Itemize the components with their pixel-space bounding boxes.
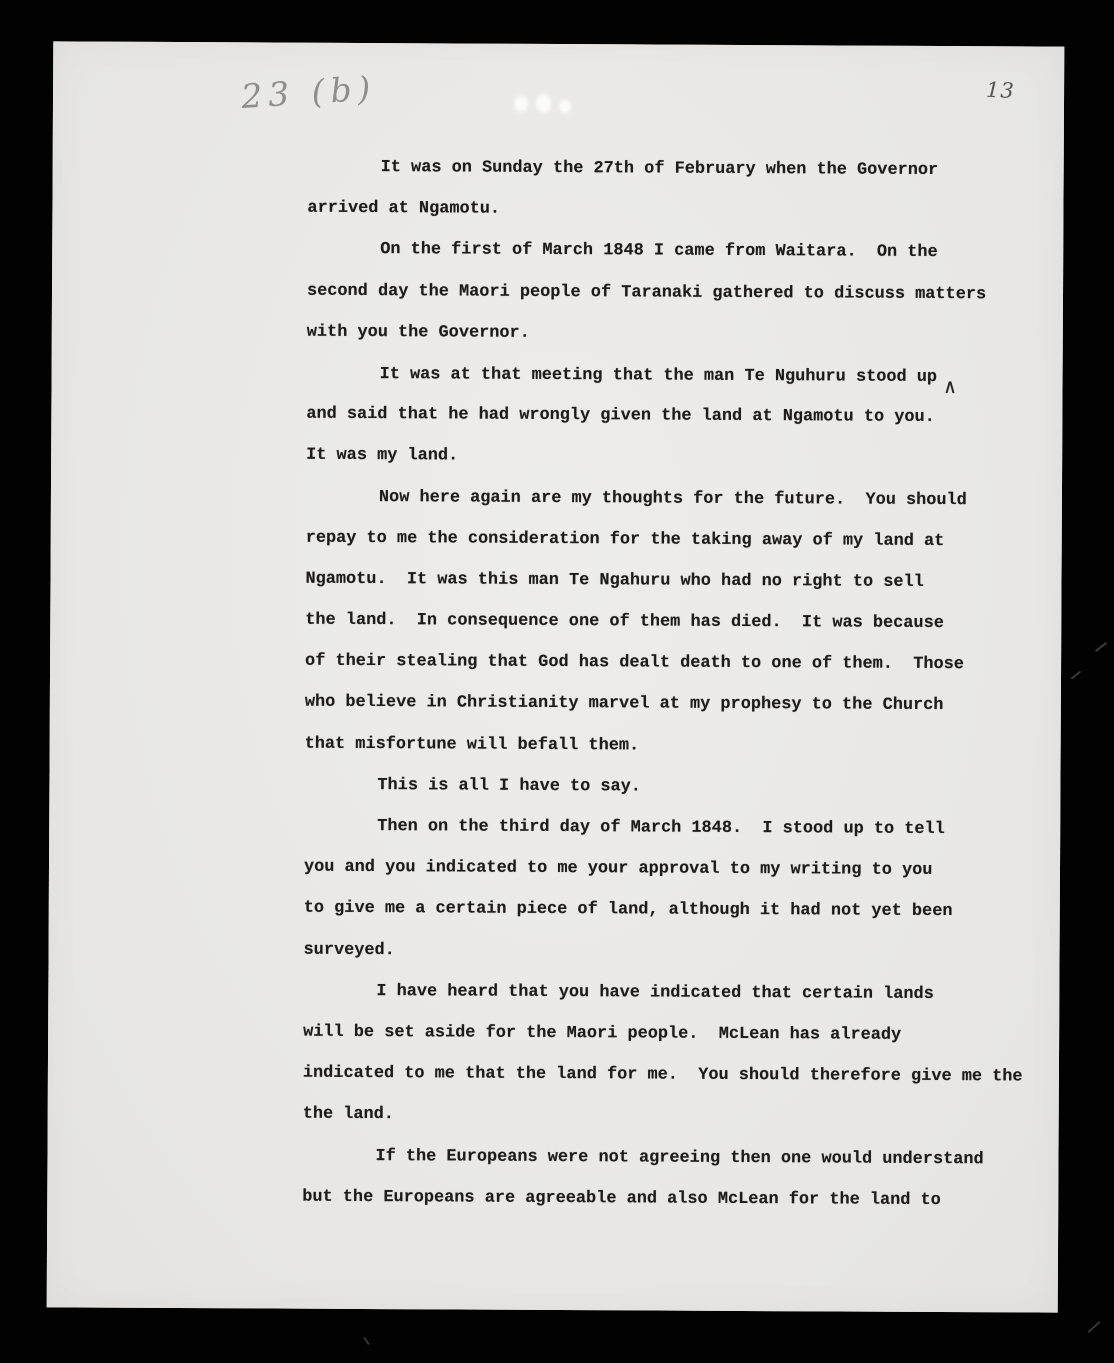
typed-line: Now here again are my thoughts for the f…	[306, 476, 1046, 521]
scan-glare-spot	[536, 94, 551, 113]
typed-line: arrived at Ngamotu.	[307, 188, 1047, 233]
typed-text-block: It was on Sunday the 27th of February wh…	[302, 147, 1048, 1222]
document-page: 23 (b) 13 It was on Sunday the 27th of F…	[47, 41, 1065, 1312]
scan-artifact	[1087, 1321, 1100, 1333]
typed-line: Then on the third day of March 1848. I s…	[304, 806, 1044, 851]
scan-background: 23 (b) 13 It was on Sunday the 27th of F…	[0, 0, 1114, 1363]
typed-line: will be set aside for the Maori people. …	[303, 1012, 1043, 1057]
typed-line: with you the Governor.	[307, 311, 1047, 356]
typed-line: I have heard that you have indicated tha…	[303, 970, 1043, 1015]
typed-line: and said that he had wrongly given the l…	[306, 394, 1046, 439]
scan-glare-spot	[514, 96, 528, 112]
typed-line: It was at that meeting that the man Te N…	[306, 353, 1046, 398]
insertion-caret-mark: ∧	[944, 368, 956, 409]
typed-line: repay to me the consideration for the ta…	[306, 517, 1046, 562]
typed-line: This is all I have to say.	[304, 764, 1044, 809]
typed-line: It was my land.	[306, 435, 1046, 480]
scan-artifact	[1071, 671, 1082, 680]
typed-line: the land.	[303, 1094, 1043, 1139]
typed-line: On the first of March 1848 I came from W…	[307, 229, 1047, 274]
typed-line: It was on Sunday the 27th of February wh…	[308, 147, 1048, 192]
handwritten-page-number: 13	[986, 78, 1016, 103]
typed-line: Ngamotu. It was this man Te Ngahuru who …	[305, 559, 1045, 604]
scan-artifact	[363, 1337, 370, 1346]
typed-line: indicated to me that the land for me. Yo…	[303, 1053, 1043, 1098]
typed-line: the land. In consequence one of them has…	[305, 600, 1045, 645]
typed-line: If the Europeans were not agreeing then …	[302, 1135, 1042, 1180]
handwritten-file-reference: 23 (b)	[240, 68, 378, 116]
typed-line: of their stealing that God has dealt dea…	[305, 641, 1045, 686]
scan-artifact	[1095, 642, 1107, 652]
typed-line: surveyed.	[303, 929, 1043, 974]
scan-glare-spot	[559, 100, 571, 113]
typed-line: you and you indicated to me your approva…	[304, 847, 1044, 892]
typed-line: but the Europeans are agreeable and also…	[302, 1176, 1042, 1221]
typed-line-text: It was at that meeting that the man Te N…	[380, 365, 938, 387]
typed-line: to give me a certain piece of land, alth…	[304, 888, 1044, 933]
typed-line: who believe in Christianity marvel at my…	[305, 682, 1045, 727]
typed-line: second day the Maori people of Taranaki …	[307, 270, 1047, 315]
typed-line: that misfortune will befall them.	[305, 723, 1045, 768]
